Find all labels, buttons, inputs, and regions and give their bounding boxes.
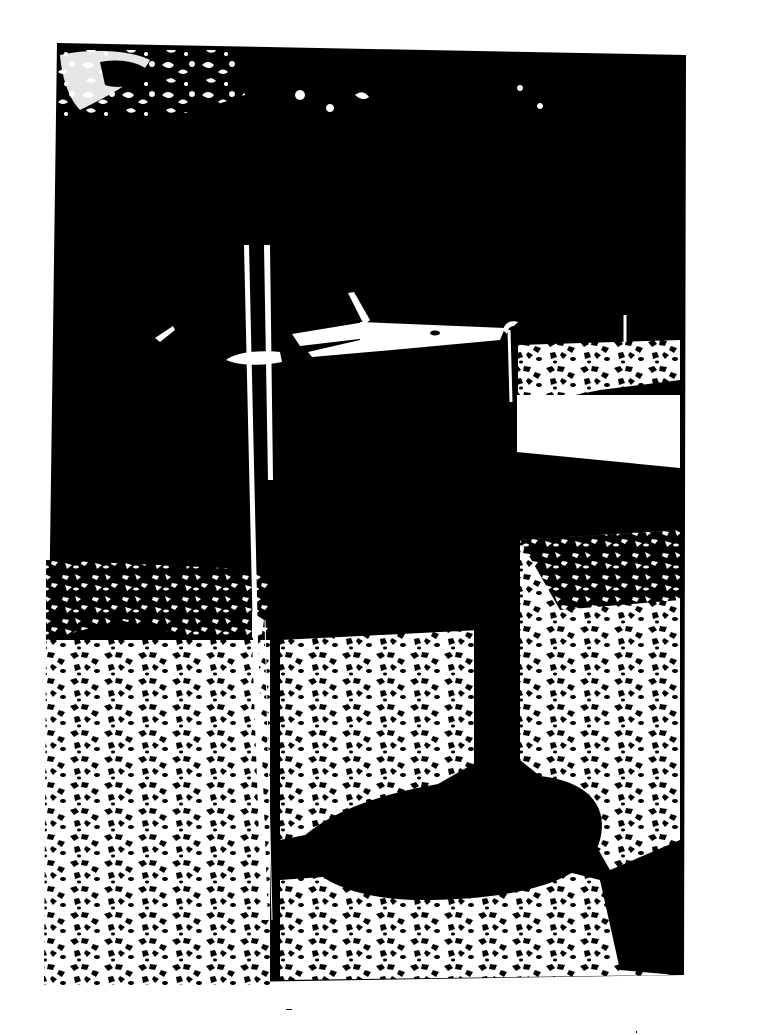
photograph — [0, 0, 768, 1035]
pedestal — [474, 580, 516, 800]
drum — [285, 338, 515, 615]
scan-mark — [286, 1009, 292, 1010]
scan-mark — [636, 1031, 637, 1033]
